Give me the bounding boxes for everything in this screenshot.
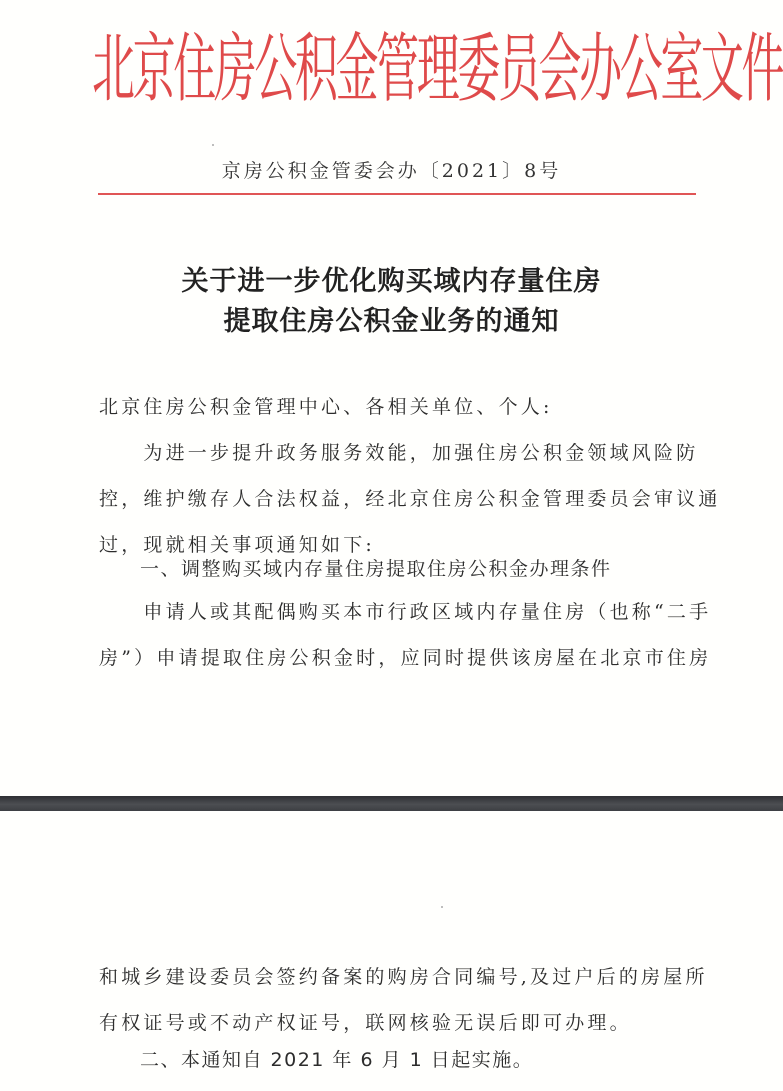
masthead-char: 会 — [539, 10, 580, 117]
masthead-char: 北 — [92, 10, 133, 117]
masthead-char: 京 — [133, 10, 174, 117]
masthead-char: 员 — [498, 10, 539, 117]
section-1-line-2: 房”）申请提取住房公积金时，应同时提供该房屋在北京市住房 — [99, 643, 699, 670]
masthead-char: 金 — [336, 10, 377, 117]
masthead-char: 室 — [660, 10, 701, 117]
masthead-char: 委 — [457, 10, 498, 117]
document-page-1: 北京住房公积金管理委员会办公室文件 京房公积金管委会办〔2021〕8号 关于进一… — [0, 0, 783, 796]
document-title: 关于进一步优化购买域内存量住房 提取住房公积金业务的通知 — [0, 262, 783, 342]
masthead-char: 住 — [173, 10, 214, 117]
section-1-line-1: 申请人或其配偶购买本市行政区域内存量住房（也称“二手 — [99, 597, 699, 624]
masthead-char: 件 — [742, 10, 783, 117]
title-line-2: 提取住房公积金业务的通知 — [0, 302, 783, 342]
intro-paragraph-line-3: 过，现就相关事项通知如下: — [99, 530, 699, 557]
masthead-char: 办 — [579, 10, 620, 117]
scan-speck — [441, 906, 443, 908]
section-1-line-3: 和城乡建设委员会签约备案的购房合同编号,及过户后的房屋所 — [99, 962, 699, 989]
page-separator — [0, 796, 783, 811]
masthead-char: 文 — [701, 10, 742, 117]
intro-paragraph-line-1: 为进一步提升政务服务效能，加强住房公积金领域风险防 — [99, 438, 699, 465]
masthead-char: 积 — [295, 10, 336, 117]
red-divider-line — [98, 193, 696, 195]
masthead-char: 房 — [214, 10, 255, 117]
scan-speck — [212, 144, 214, 146]
masthead-char: 理 — [417, 10, 458, 117]
section-1-line-4: 有权证号或不动产权证号，联网核验无误后即可办理。 — [99, 1008, 699, 1035]
document-page-2: 和城乡建设委员会签约备案的购房合同编号,及过户后的房屋所 有权证号或不动产权证号… — [0, 811, 783, 1091]
document-number: 京房公积金管委会办〔2021〕8号 — [0, 156, 783, 183]
masthead-char: 公 — [620, 10, 661, 117]
intro-paragraph-line-2: 控，维护缴存人合法权益，经北京住房公积金管理委员会审议通 — [99, 484, 699, 511]
document-masthead: 北京住房公积金管理委员会办公室文件 — [92, 0, 702, 142]
section-1-heading: 一、调整购买域内存量住房提取住房公积金办理条件 — [99, 554, 699, 581]
masthead-char: 公 — [254, 10, 295, 117]
addressee-line: 北京住房公积金管理中心、各相关单位、个人: — [99, 392, 699, 419]
title-line-1: 关于进一步优化购买域内存量住房 — [0, 262, 783, 302]
section-2-effective-date: 二、本通知自 2021 年 6 月 1 日起实施。 — [99, 1045, 699, 1072]
masthead-char: 管 — [376, 10, 417, 117]
